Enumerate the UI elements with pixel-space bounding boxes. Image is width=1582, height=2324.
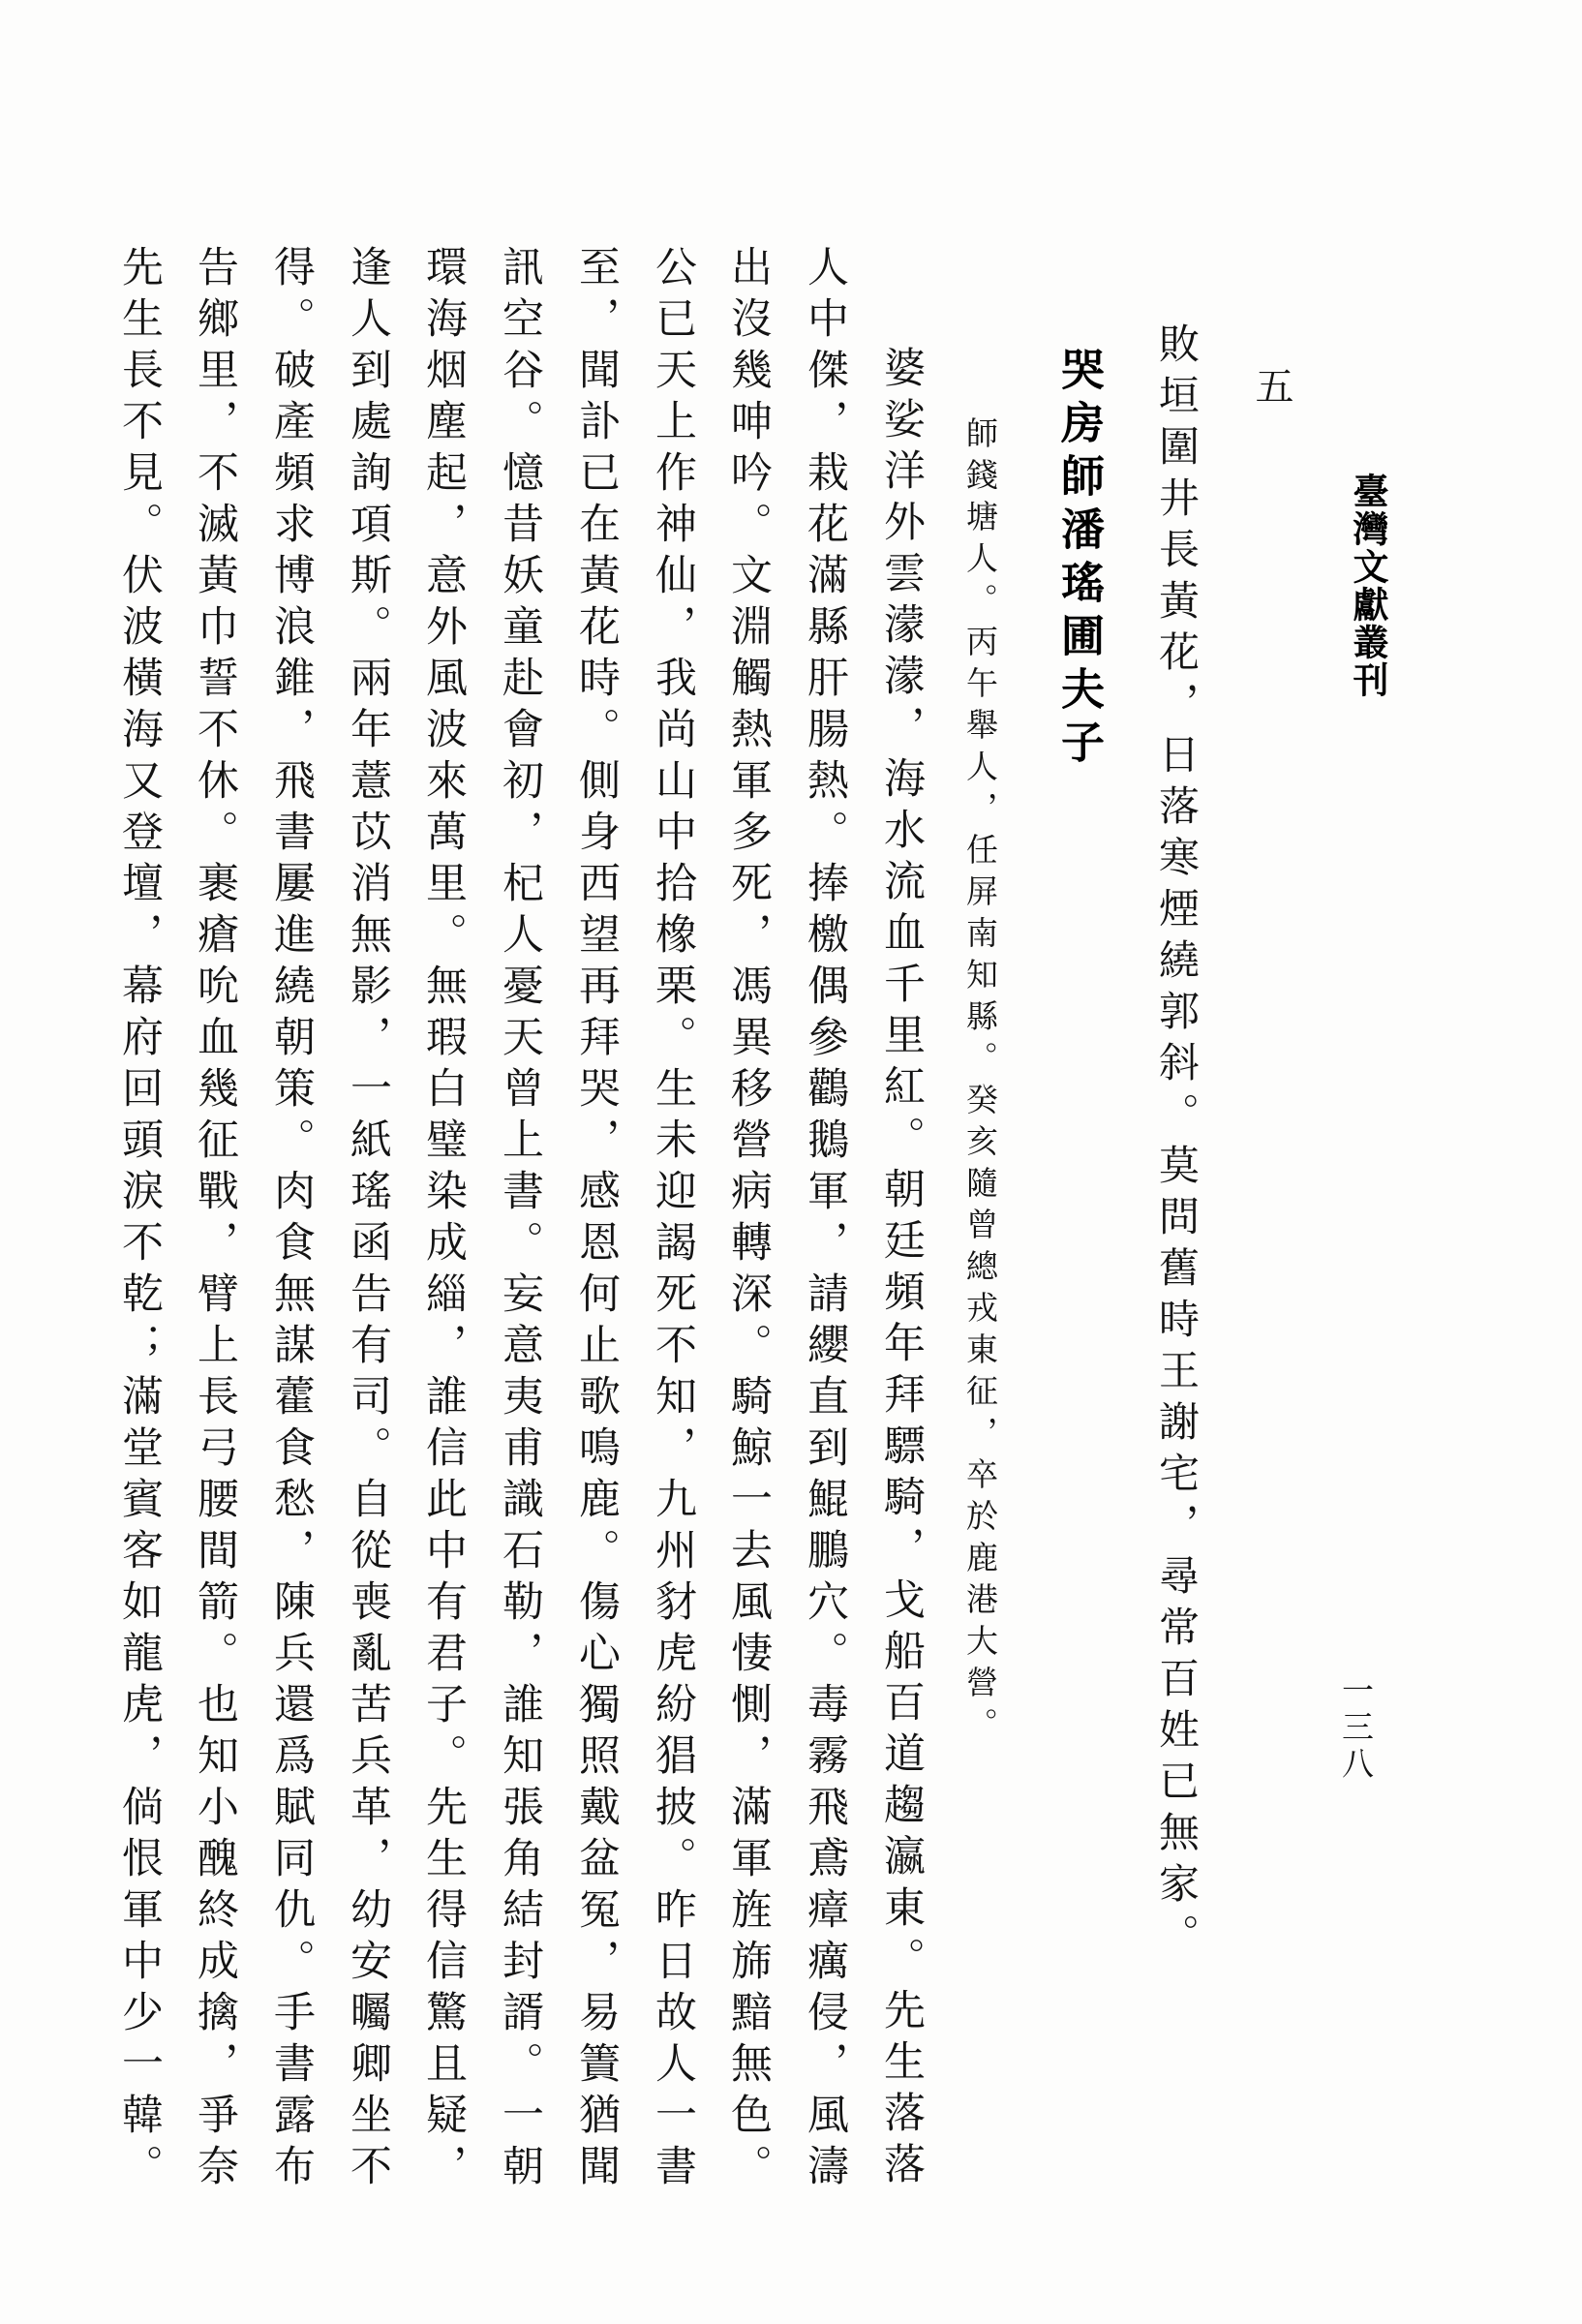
- poem-body-column-6: 訊空谷。憶昔妖童赴會初，杞人憂天曾上書。妄意夷甫識石勒，誰知張角結封諝。一朝: [490, 245, 549, 2195]
- poem-body-column-4: 公已天上作神仙，我尚山中拾橡栗。生未迎謁死不知，九州豺虎紛猖披。昨日故人一書: [643, 245, 702, 2195]
- poem-title: 哭房師潘瑤圃夫子: [1048, 347, 1110, 773]
- poem-body-column-7: 環海烟塵起，意外風波來萬里。無瑕白璧染成緇，誰信此中有君子。先生得信驚且疑，: [413, 245, 472, 2195]
- poem-body-column-8: 逢人到處詢項斯。兩年薏苡消無影，一紙瑤函告有司。自從喪亂苦兵革，幼安曯卿坐不: [338, 245, 397, 2195]
- section-number: 五: [1244, 366, 1299, 405]
- poem-body-column-9: 得。破產頻求博浪錐，飛書屢進繞朝策。肉食無謀藿食愁，陳兵還爲賦同仇。手書露布: [261, 245, 320, 2195]
- poem-body-column-3: 出沒幾呻吟。文淵觸熱軍多死，馮異移營病轉深。騎鯨一去風悽惻，滿軍旌旆黯無色。: [718, 245, 777, 2195]
- page-number: 一三八: [1332, 1673, 1378, 1784]
- poem-body-column-5: 至，聞訃已在黃花時。側身西望再拜哭，感恩何止歌鳴鹿。傷心獨照戴盆冤，易簀猶聞: [566, 245, 625, 2195]
- series-header: 臺灣文獻叢刊: [1340, 473, 1392, 699]
- poem-body-column-11: 先生長不見。伏波橫海又登壇，幕府回頭淚不乾；滿堂賓客如龍虎，倘恨軍中少一韓。: [109, 245, 168, 2195]
- quatrain-column: 敗垣圍井長黃花，日落寒煙繞郭斜。莫問舊時王謝宅，尋常百姓已無家。: [1146, 322, 1204, 1965]
- poem-body-column-2: 人中傑，栽花滿縣肝腸熱。捧檄偶參鸛鵝軍，請纓直到鯤鵬穴。毒霧飛鳶瘴癘侵，風濤: [795, 245, 854, 2195]
- poem-annotation: 師錢塘人。丙午舉人，任屏南知縣。癸亥隨曾總戎東征，卒於鹿港大營。: [957, 416, 1002, 1749]
- scanned-book-page: 臺灣文獻叢刊 一三八 五 敗垣圍井長黃花，日落寒煙繞郭斜。莫問舊時王謝宅，尋常百…: [0, 0, 1582, 2324]
- poem-body-column-1: 婆娑洋外雲濛濛，海水流血千里紅。朝廷頻年拜驃騎，戈船百道趨瀛東。先生落落: [871, 346, 930, 2193]
- poem-body-column-10: 告鄉里，不滅黃巾誓不休。裹瘡吮血幾征戰，臂上長弓腰間箭。也知小醜終成擒，爭奈: [185, 245, 244, 2195]
